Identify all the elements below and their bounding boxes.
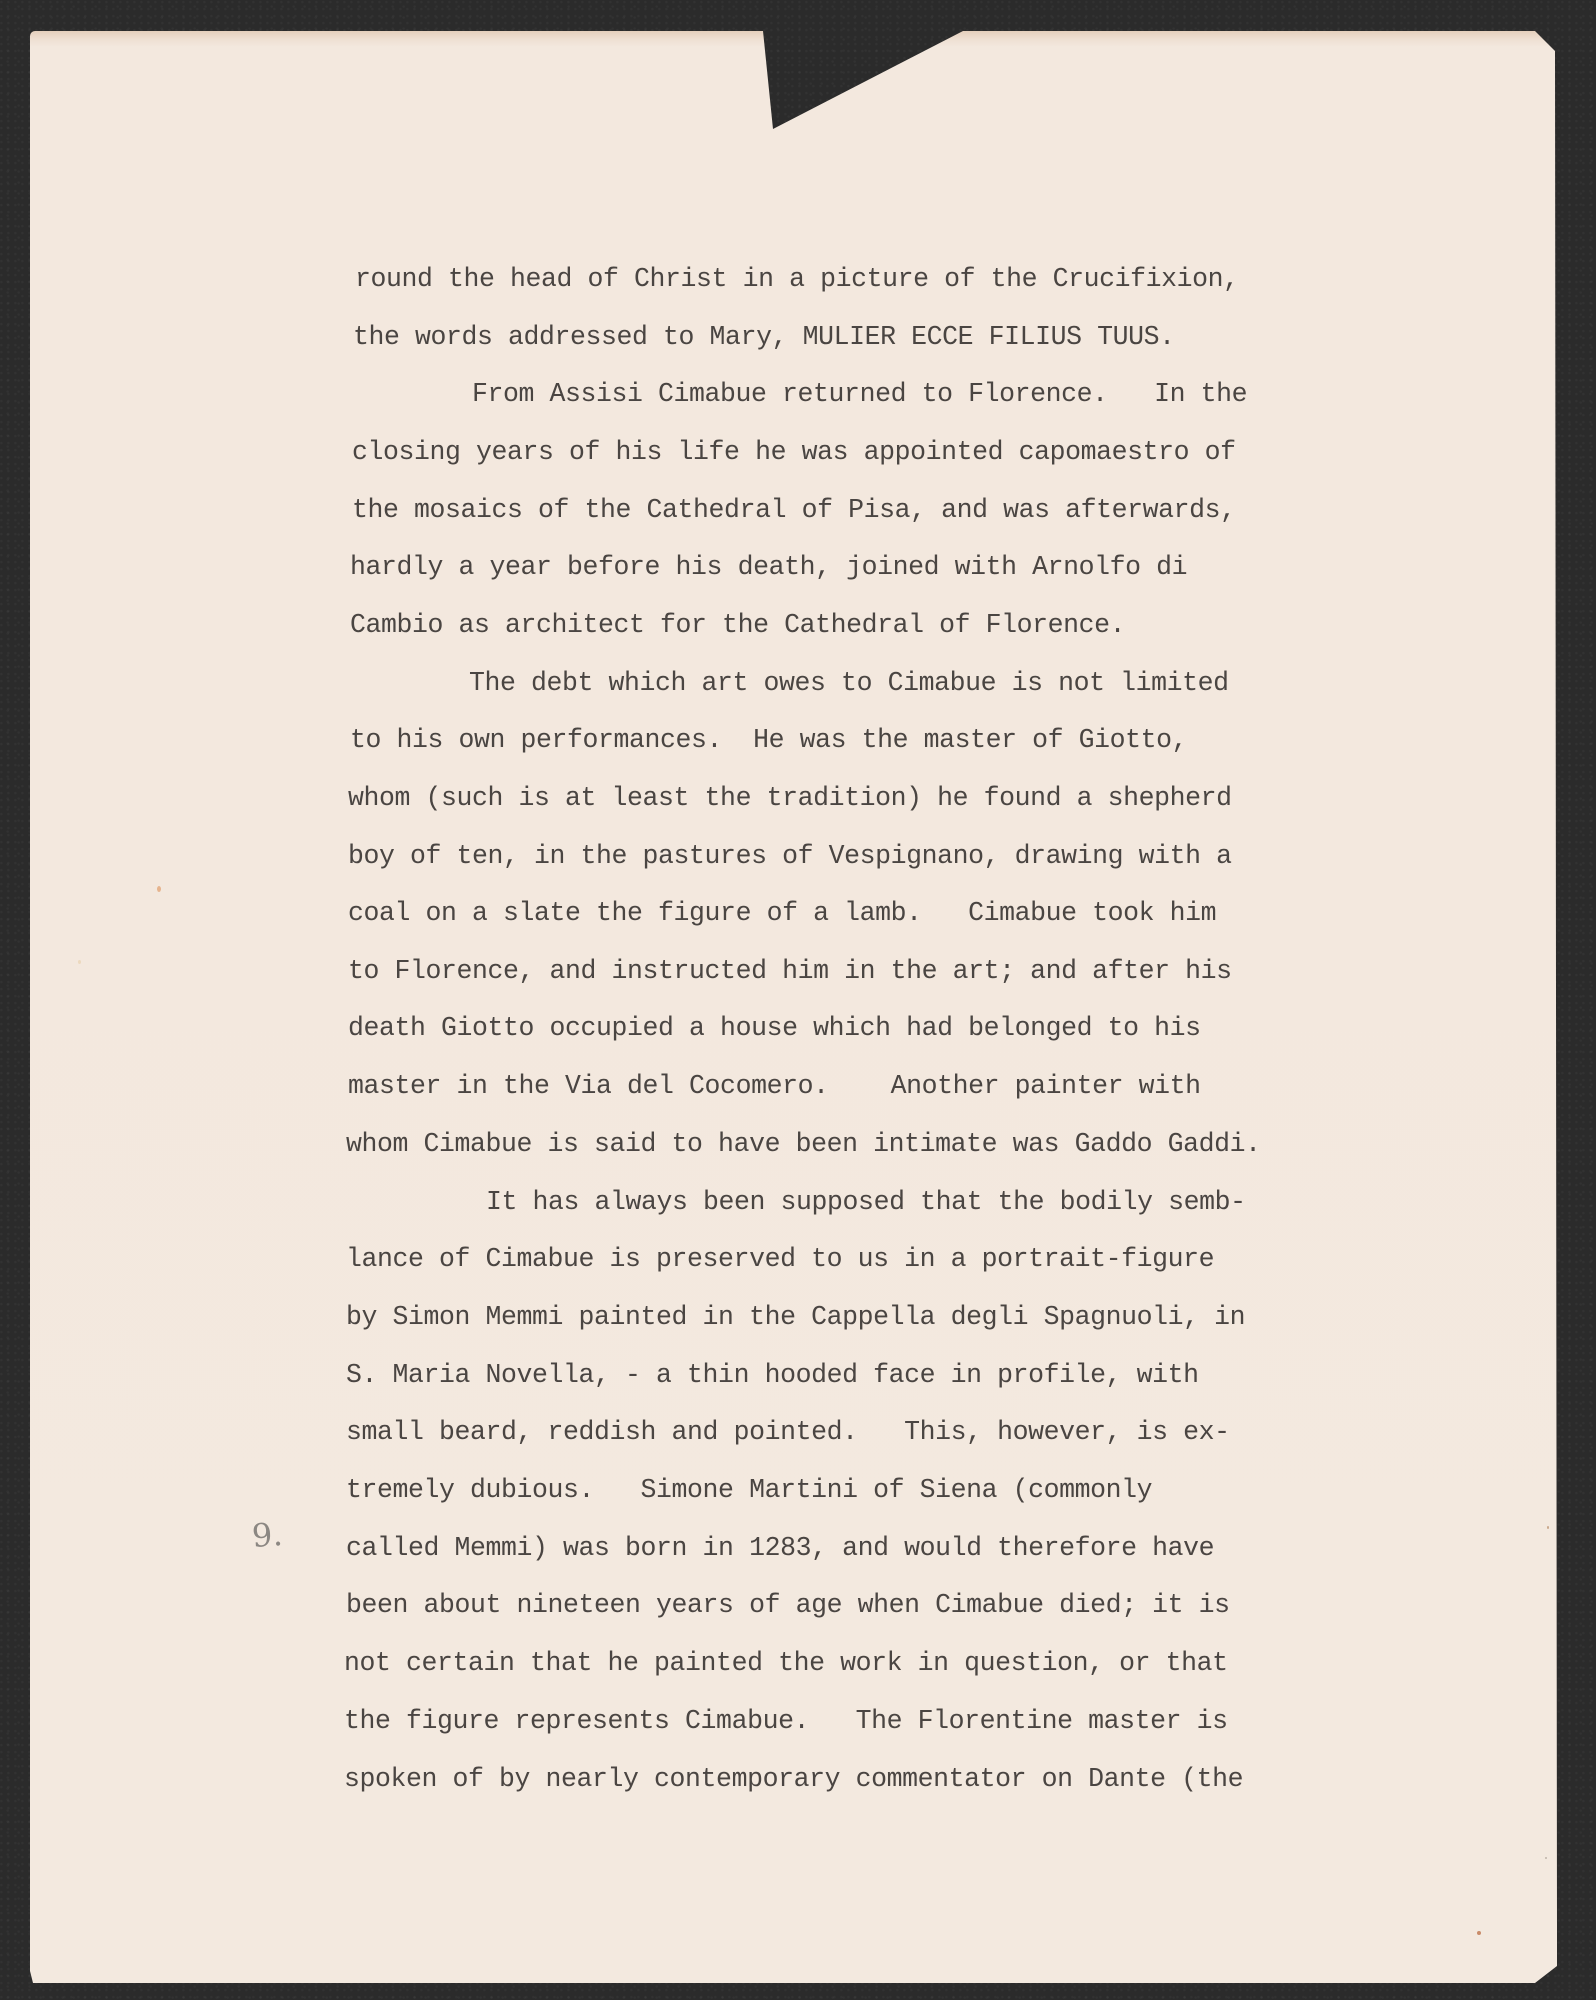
text-line: lance of Cimabue is preserved to us in a… [346, 1246, 1214, 1273]
text-line: death Giotto occupied a house which had … [348, 1015, 1201, 1042]
text-line: whom (such is at least the tradition) he… [348, 785, 1232, 812]
text-line: S. Maria Novella, - a thin hooded face i… [346, 1362, 1199, 1389]
text-line: whom Cimabue is said to have been intima… [346, 1131, 1261, 1158]
text-line: master in the Via del Cocomero. Another … [348, 1073, 1201, 1100]
text-line: called Memmi) was born in 1283, and woul… [346, 1535, 1214, 1562]
text-line: From Assisi Cimabue returned to Florence… [472, 381, 1247, 408]
text-line: spoken of by nearly contemporary comment… [344, 1766, 1243, 1793]
text-line: The debt which art owes to Cimabue is no… [469, 670, 1229, 697]
text-line: boy of ten, in the pastures of Vespignan… [348, 843, 1232, 870]
text-line: the mosaics of the Cathedral of Pisa, an… [352, 497, 1236, 524]
text-line: round the head of Christ in a picture of… [355, 266, 1239, 293]
paper-speck [1547, 1526, 1549, 1529]
text-line: tremely dubious. Simone Martini of Siena… [346, 1477, 1152, 1504]
paper-stain [157, 886, 161, 892]
text-line: It has always been supposed that the bod… [486, 1189, 1246, 1216]
typewritten-text: round the head of Christ in a picture of… [0, 0, 1596, 2000]
text-line: Cambio as architect for the Cathedral of… [350, 612, 1125, 639]
text-line: small beard, reddish and pointed. This, … [346, 1419, 1230, 1446]
text-line: closing years of his life he was appoint… [352, 439, 1236, 466]
paper-stain [78, 960, 81, 964]
text-line: not certain that he painted the work in … [344, 1650, 1228, 1677]
text-line: to his own performances. He was the mast… [350, 727, 1187, 754]
paper-speck [1545, 1857, 1547, 1859]
text-line: the figure represents Cimabue. The Flore… [344, 1708, 1228, 1735]
text-line: by Simon Memmi painted in the Cappella d… [346, 1304, 1245, 1331]
paper-stain [1477, 1931, 1481, 1935]
text-line: been about nineteen years of age when Ci… [346, 1592, 1230, 1619]
text-line: hardly a year before his death, joined w… [350, 554, 1187, 581]
text-line: the words addressed to Mary, MULIER ECCE… [353, 324, 1175, 351]
page-number-annotation: 9. [251, 1515, 284, 1555]
text-line: coal on a slate the figure of a lamb. Ci… [348, 900, 1216, 927]
text-line: to Florence, and instructed him in the a… [348, 958, 1232, 985]
